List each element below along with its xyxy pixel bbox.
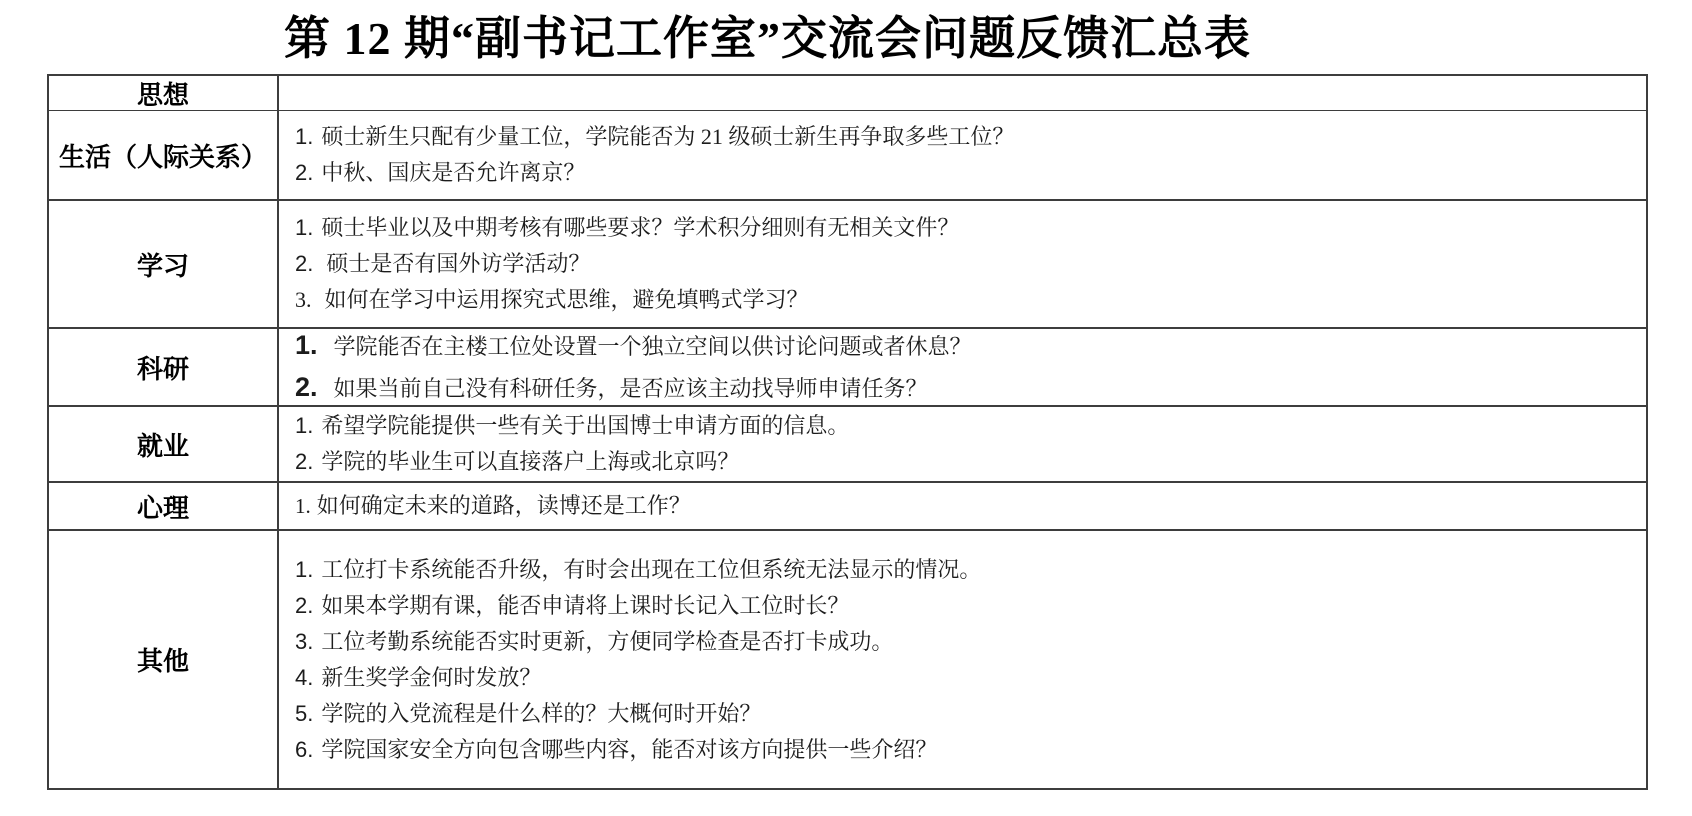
- item-number: 2.: [295, 444, 313, 480]
- table-row-thought: 思想: [49, 76, 1646, 110]
- page-title: 第 12 期“副书记工作室”交流会问题反馈汇总表: [284, 2, 1251, 68]
- item-number: 2.: [295, 246, 313, 282]
- question-item: 1. 学院能否在主楼工位处设置一个独立空间以供讨论问题或者休息？: [295, 325, 1646, 367]
- table-row-study: 学习 1. 硕士毕业以及中期考核有哪些要求？学术积分细则有无相关文件？ 2. 硕…: [49, 199, 1646, 327]
- item-number: 2.: [295, 367, 318, 407]
- item-text: 如何在学习中运用探究式思维，避免填鸭式学习？: [325, 282, 809, 318]
- question-item: 2. 中秋、国庆是否允许离京？: [295, 155, 1646, 191]
- item-text: 硕士是否有国外访学活动？: [326, 246, 590, 282]
- question-item: 6. 学院国家安全方向包含哪些内容，能否对该方向提供一些介绍？: [295, 732, 1646, 768]
- item-text: 学院能否在主楼工位处设置一个独立空间以供讨论问题或者休息？: [334, 327, 972, 367]
- item-number: 5.: [295, 696, 313, 732]
- item-text: 硕士毕业以及中期考核有哪些要求？学术积分细则有无相关文件？: [321, 210, 959, 246]
- table-row-research: 科研 1. 学院能否在主楼工位处设置一个独立空间以供讨论问题或者休息？ 2. 如…: [49, 327, 1646, 405]
- category-cell-other: 其他: [49, 531, 279, 788]
- item-number: 1.: [295, 325, 318, 365]
- item-number: 2.: [295, 588, 313, 624]
- content-cell-life: 1. 硕士新生只配有少量工位，学院能否为 21 级硕士新生再争取多些工位？ 2.…: [279, 111, 1646, 199]
- item-text: 新生奖学金何时发放？: [321, 660, 541, 696]
- question-item: 1. 工位打卡系统能否升级，有时会出现在工位但系统无法显示的情况。: [295, 552, 1646, 588]
- question-item: 2. 如果本学期有课，能否申请将上课时长记入工位时长？: [295, 588, 1646, 624]
- question-item: 3. 工位考勤系统能否实时更新，方便同学检查是否打卡成功。: [295, 624, 1646, 660]
- table-row-psychology: 心理 1. 如何确定未来的道路，读博还是工作？: [49, 481, 1646, 529]
- feedback-summary-table: 思想 生活（人际关系） 1. 硕士新生只配有少量工位，学院能否为 21 级硕士新…: [47, 74, 1648, 790]
- category-cell-thought: 思想: [49, 76, 279, 110]
- item-text: 如果当前自己没有科研任务，是否应该主动找导师申请任务？: [334, 369, 928, 409]
- question-item: 1. 希望学院能提供一些有关于出国博士申请方面的信息。: [295, 408, 1646, 444]
- content-cell-study: 1. 硕士毕业以及中期考核有哪些要求？学术积分细则有无相关文件？ 2. 硕士是否…: [279, 201, 1646, 327]
- question-item: 4. 新生奖学金何时发放？: [295, 660, 1646, 696]
- item-number: 1.: [295, 488, 311, 524]
- question-item: 2. 硕士是否有国外访学活动？: [295, 246, 1646, 282]
- item-text: 如果本学期有课，能否申请将上课时长记入工位时长？: [321, 588, 849, 624]
- item-text: 学院国家安全方向包含哪些内容，能否对该方向提供一些介绍？: [321, 732, 937, 768]
- category-cell-life: 生活（人际关系）: [49, 111, 279, 199]
- item-number: 1.: [295, 119, 313, 155]
- table-row-life: 生活（人际关系） 1. 硕士新生只配有少量工位，学院能否为 21 级硕士新生再争…: [49, 110, 1646, 199]
- content-cell-thought: [279, 76, 1646, 110]
- document-page: 第 12 期“副书记工作室”交流会问题反馈汇总表 思想 生活（人际关系） 1. …: [0, 0, 1692, 816]
- table-row-other: 其他 1. 工位打卡系统能否升级，有时会出现在工位但系统无法显示的情况。 2. …: [49, 529, 1646, 788]
- category-cell-psychology: 心理: [49, 483, 279, 529]
- content-cell-other: 1. 工位打卡系统能否升级，有时会出现在工位但系统无法显示的情况。 2. 如果本…: [279, 531, 1646, 788]
- question-item: 2. 学院的毕业生可以直接落户上海或北京吗？: [295, 444, 1646, 480]
- item-number: 2.: [295, 155, 313, 191]
- category-cell-employment: 就业: [49, 407, 279, 481]
- category-cell-research: 科研: [49, 329, 279, 405]
- question-item: 2. 如果当前自己没有科研任务，是否应该主动找导师申请任务？: [295, 367, 1646, 409]
- item-text: 学院的毕业生可以直接落户上海或北京吗？: [321, 444, 739, 480]
- item-number: 1.: [295, 408, 313, 444]
- content-cell-psychology: 1. 如何确定未来的道路，读博还是工作？: [279, 483, 1646, 529]
- question-item: 1. 硕士新生只配有少量工位，学院能否为 21 级硕士新生再争取多些工位？: [295, 119, 1646, 155]
- item-text: 工位考勤系统能否实时更新，方便同学检查是否打卡成功。: [321, 624, 893, 660]
- item-text: 硕士新生只配有少量工位，学院能否为 21 级硕士新生再争取多些工位？: [321, 119, 1014, 155]
- item-text: 如何确定未来的道路，读博还是工作？: [317, 488, 691, 524]
- question-item: 3. 如何在学习中运用探究式思维，避免填鸭式学习？: [295, 282, 1646, 318]
- item-text: 学院的入党流程是什么样的？大概何时开始？: [321, 696, 761, 732]
- question-item: 1. 硕士毕业以及中期考核有哪些要求？学术积分细则有无相关文件？: [295, 210, 1646, 246]
- category-cell-study: 学习: [49, 201, 279, 327]
- table-row-employment: 就业 1. 希望学院能提供一些有关于出国博士申请方面的信息。 2. 学院的毕业生…: [49, 405, 1646, 481]
- item-number: 1.: [295, 552, 313, 588]
- item-text: 工位打卡系统能否升级，有时会出现在工位但系统无法显示的情况。: [321, 552, 981, 588]
- item-number: 4.: [295, 660, 313, 696]
- item-number: 3.: [295, 624, 313, 660]
- item-text: 中秋、国庆是否允许离京？: [321, 155, 585, 191]
- content-cell-employment: 1. 希望学院能提供一些有关于出国博士申请方面的信息。 2. 学院的毕业生可以直…: [279, 407, 1646, 481]
- content-cell-research: 1. 学院能否在主楼工位处设置一个独立空间以供讨论问题或者休息？ 2. 如果当前…: [279, 329, 1646, 405]
- item-number: 6.: [295, 732, 313, 768]
- item-text: 希望学院能提供一些有关于出国博士申请方面的信息。: [321, 408, 849, 444]
- item-number: 3.: [295, 282, 312, 318]
- item-number: 1.: [295, 210, 313, 246]
- question-item: 5. 学院的入党流程是什么样的？大概何时开始？: [295, 696, 1646, 732]
- question-item: 1. 如何确定未来的道路，读博还是工作？: [295, 488, 1646, 524]
